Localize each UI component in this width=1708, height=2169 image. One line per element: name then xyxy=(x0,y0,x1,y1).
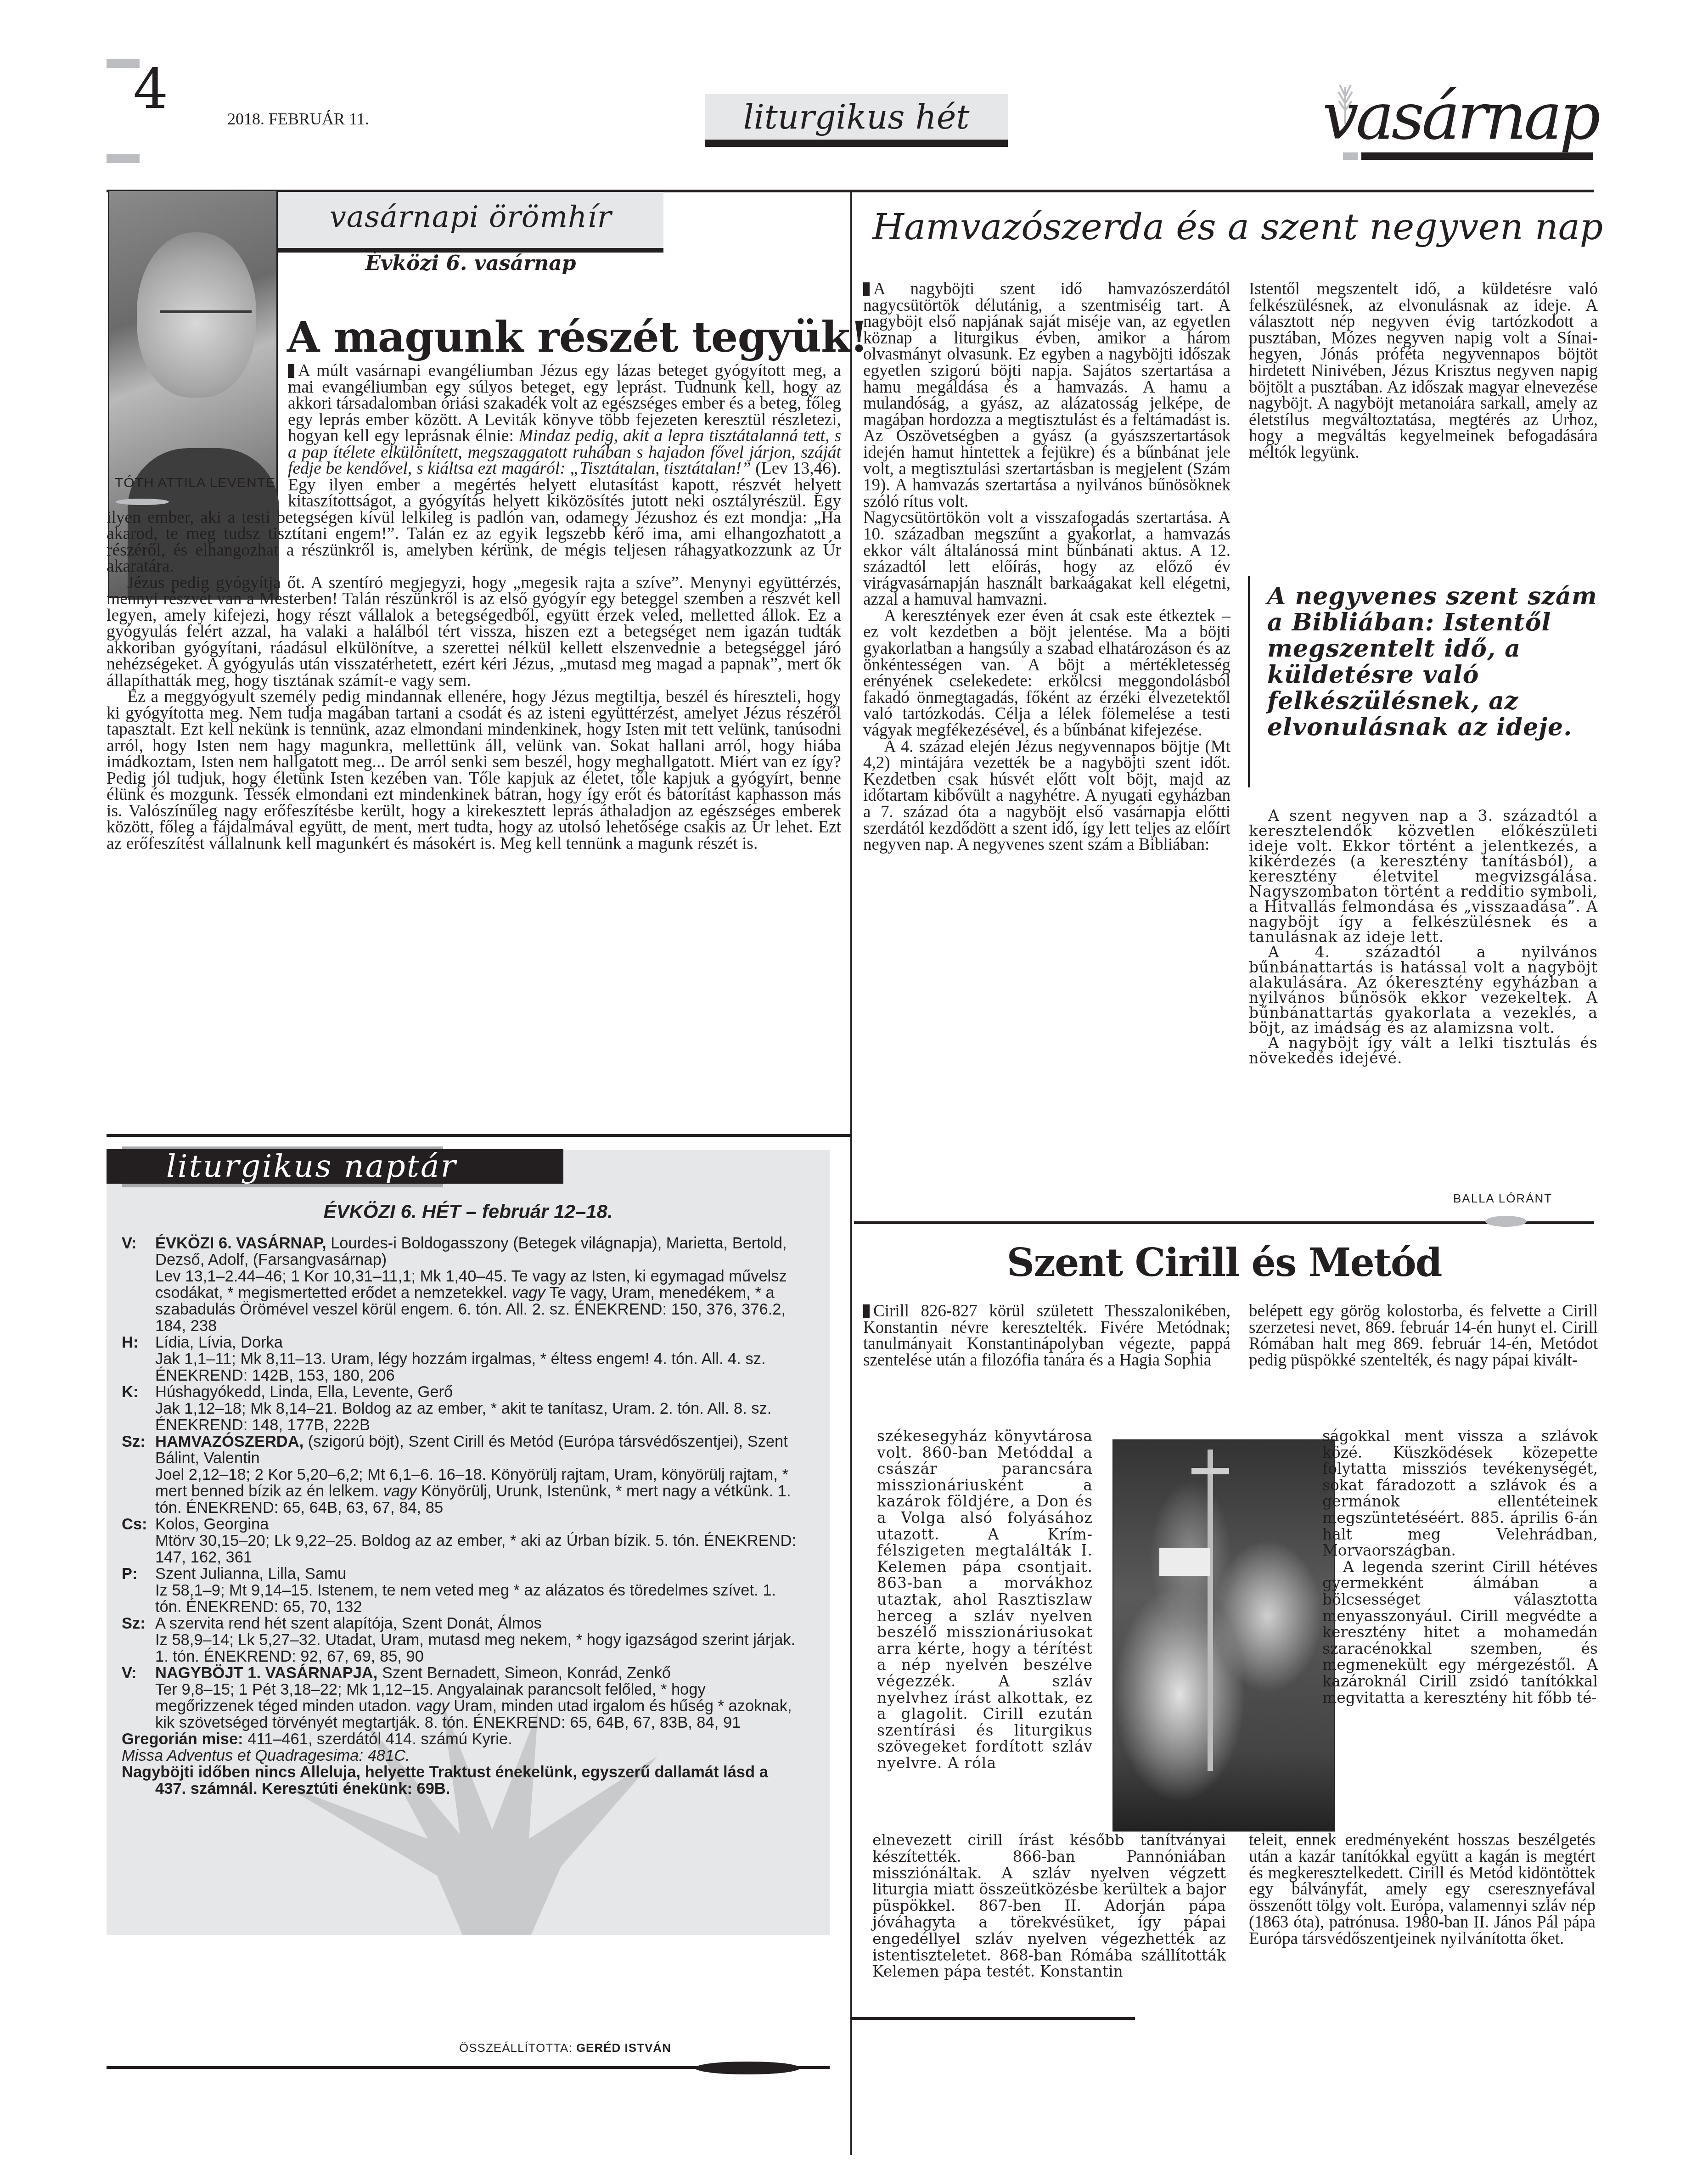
calendar-entry-monday: H: Lídia, Lívia, DorkaJak 1,1–11; Mk 8,1… xyxy=(122,1334,801,1384)
cross-icon xyxy=(1191,1468,1229,1474)
paragraph-marker-icon xyxy=(863,282,870,296)
lent-note: Nagyböjti időben nincs Alleluja, helyett… xyxy=(122,1764,801,1797)
cross-icon xyxy=(1208,1450,1213,1771)
article-headline: Szent Cirill és Metód xyxy=(854,1240,1594,1285)
masthead-bar-gray xyxy=(1343,152,1358,160)
section-tab-label: liturgikus hét xyxy=(743,98,970,136)
article-subtitle: Évközi 6. vasárnap xyxy=(278,252,663,275)
decorative-oval xyxy=(1485,1216,1527,1227)
paragraph: A keresztények ezer éven át csak este ét… xyxy=(863,608,1230,739)
article-headline: A magunk részét tegyük! xyxy=(287,312,868,362)
kicker-label: vasárnapi örömhír xyxy=(278,192,663,242)
paragraph-marker-icon xyxy=(863,1304,870,1318)
page-number-bar-bottom xyxy=(107,154,140,163)
calendar-entry-saturday: Sz: A szervita rend hét szent alapítója,… xyxy=(122,1615,801,1665)
page-number: 4 xyxy=(133,60,168,119)
calendar-list: V: ÉVKÖZI 6. VASÁRNAP, Lourdes-i Boldoga… xyxy=(122,1235,801,1797)
article-column-2-top: belépett egy görög kolostorba, és felvet… xyxy=(1249,1303,1598,1368)
gregorian-mass: Gregorián mise: 411–461, szerdától 414. … xyxy=(122,1731,801,1748)
masthead-bar xyxy=(1361,152,1593,160)
article-column-2: Istentől megszentelt idő, a küldetésre v… xyxy=(1249,281,1598,461)
paragraph: Nagycsütörtökön volt a visszafogadás sze… xyxy=(863,510,1230,608)
masthead-logo: vasárnap xyxy=(1322,83,1598,152)
paragraph: A nagyböjt így vált a lelki tisztulás és… xyxy=(1249,1035,1598,1066)
paragraph: A legenda szerint Cirill hétéves gyermek… xyxy=(1322,1559,1598,1706)
issue-date: 2018. FEBRUÁR 11. xyxy=(227,109,369,129)
calendar-entry-friday: P: Szent Julianna, Lilla, SamuIz 58,1–9;… xyxy=(122,1566,801,1615)
paragraph: Jézus pedig gyógyítja őt. A szentíró meg… xyxy=(107,575,841,689)
paragraph: székesegyház könyvtárosa volt. 860-ban M… xyxy=(877,1428,1093,1771)
calendar-tab-label: liturgikus naptár xyxy=(107,1149,563,1184)
section-rule xyxy=(854,1221,1594,1224)
article-column-3: A szent negyven nap a 3. századtól a ker… xyxy=(1249,808,1598,1066)
section-tab: liturgikus hét xyxy=(705,94,1008,147)
decorative-oval xyxy=(695,2062,800,2074)
calendar-entry-thursday: Cs: Kolos, GeorginaMtörv 30,15–20; Lk 9,… xyxy=(122,1516,801,1566)
article-column-2-mid: ságokkal ment vissza a szlávok közé. Küs… xyxy=(1322,1428,1598,1706)
calendar-entry-sunday: V: ÉVKÖZI 6. VASÁRNAP, Lourdes-i Boldoga… xyxy=(122,1235,801,1334)
calendar-entry-tuesday: K: Húshagyókedd, Linda, Ella, Levente, G… xyxy=(122,1384,801,1433)
pull-quote-bar xyxy=(1248,576,1250,787)
photo-glasses xyxy=(160,310,252,332)
paragraph: A 4. századtól a nyilvános bűnbánattartá… xyxy=(1249,944,1598,1035)
book-icon xyxy=(1159,1548,1210,1576)
missa-note: Missa Adventus et Quadragesima: 481C. xyxy=(122,1748,801,1764)
article-column-1-top: Cirill 826-827 körül született Thesszalo… xyxy=(863,1303,1230,1368)
paragraph: A 4. század elején Jézus negyvennapos bö… xyxy=(863,739,1230,853)
article-column-1-low: elnevezett cirill írást később tanítvány… xyxy=(872,1832,1226,1980)
bottom-rule xyxy=(852,2017,1135,2020)
column-kicker: vasárnapi örömhír xyxy=(278,192,663,253)
paragraph-marker-icon xyxy=(288,364,294,378)
paragraph: A nagyböjti szent idő hamvazószerdától n… xyxy=(863,281,1230,510)
paragraph: Cirill 826-827 körül született Thesszalo… xyxy=(863,1303,1230,1368)
calendar-entry-wednesday: Sz: HAMVAZÓSZERDA, (szigorú böjt), Szent… xyxy=(122,1433,801,1516)
article-column-2-low: teleit, ennek eredményeként hosszas besz… xyxy=(1249,1832,1596,1947)
paragraph: Istentől megszentelt idő, a küldetésre v… xyxy=(1249,281,1598,461)
paragraph: belépett egy görög kolostorba, és felvet… xyxy=(1249,1303,1598,1368)
author-byline: BALLA LÓRÁNT xyxy=(1453,1191,1552,1206)
paragraph: Ez a meggyógyult személy pedig mindannak… xyxy=(107,689,841,852)
article-body: A múlt vasárnapi evangéliumban Jézus egy… xyxy=(107,363,841,852)
calendar-entry-next-sunday: V: NAGYBÖJT 1. VASÁRNAPJA, Szent Bernade… xyxy=(122,1665,801,1731)
article-headline: Hamvazószerda és a szent negyven nap xyxy=(872,206,1603,248)
paragraph: teleit, ennek eredményeként hosszas besz… xyxy=(1249,1832,1596,1947)
paragraph: ságokkal ment vissza a szlávok közé. Küs… xyxy=(1322,1428,1598,1559)
section-rule xyxy=(107,1134,850,1137)
article-column-1-mid: székesegyház könyvtárosa volt. 860-ban M… xyxy=(877,1428,1093,1771)
paragraph: elnevezett cirill írást később tanítvány… xyxy=(872,1832,1226,1980)
photo-spacer xyxy=(107,363,288,507)
tab-shadow xyxy=(122,1184,443,1187)
calendar-credit: ÖSSZEÁLLÍTOTTA: GERÉD ISTVÁN xyxy=(459,2041,671,2055)
pull-quote: A negyvenes szent szám a Bibliában: Iste… xyxy=(1267,583,1598,740)
article-column-1: A nagyböjti szent idő hamvazószerdától n… xyxy=(863,281,1230,853)
calendar-tab: liturgikus naptár xyxy=(107,1149,563,1184)
calendar-week-title: ÉVKÖZI 6. HÉT – február 12–18. xyxy=(107,1201,830,1223)
paragraph: A szent negyven nap a 3. századtól a ker… xyxy=(1249,808,1598,944)
saints-painting xyxy=(1112,1439,1335,1832)
column-divider xyxy=(850,190,852,2155)
